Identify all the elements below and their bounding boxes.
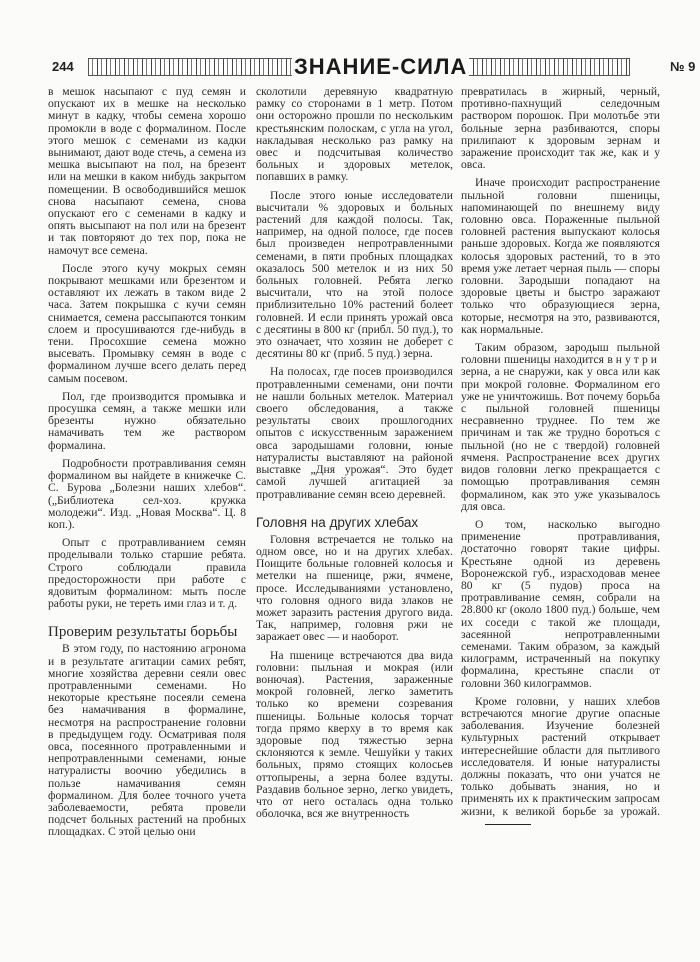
emphasized-text: внутри bbox=[607, 353, 660, 366]
text-run: Кроме головни, у наших хлебов встречаютс… bbox=[461, 695, 660, 818]
paragraph: Пол, где производится промывка и просушк… bbox=[48, 391, 246, 452]
decorative-train-illustration bbox=[88, 58, 300, 76]
issue-number: № 9 bbox=[670, 59, 695, 74]
paragraph: в мешок насыпают с пуд семян и опускают … bbox=[48, 86, 246, 257]
paragraph: На пшенице встречаются два вида головни:… bbox=[256, 650, 453, 821]
paragraph: Иначе происходит распространение пыльной… bbox=[461, 177, 660, 336]
paragraph: Подробности протравливания семян формали… bbox=[48, 458, 246, 531]
text-column-1: в мешок насыпают с пуд семян и опускают … bbox=[48, 86, 246, 845]
magazine-title: ЗНАНИЕ-СИЛА bbox=[292, 54, 469, 80]
paragraph: В этом году, по настоянию агронома и в р… bbox=[48, 643, 246, 838]
section-heading: Проверим результаты борьбы bbox=[48, 624, 246, 640]
paragraph: После этого юные исследователи высчитали… bbox=[256, 190, 453, 361]
paragraph: На полосах, где посев производился протр… bbox=[256, 366, 453, 500]
text-run: зерна, а не снаружи, как у овса или как … bbox=[461, 365, 660, 512]
end-of-article-rule bbox=[485, 824, 531, 825]
paragraph: Головня встречается не только на одном о… bbox=[256, 534, 453, 644]
page-number: 244 bbox=[52, 59, 74, 74]
page-header: 244 ЗНАНИЕ-СИЛА № 9 bbox=[40, 54, 670, 80]
paragraph: превратилась в жирный, черный, противно-… bbox=[461, 86, 660, 171]
text-column-3: превратилась в жирный, черный, противно-… bbox=[461, 86, 660, 836]
text-column-2: сколотили деревяную квадратную рамку со … bbox=[256, 86, 453, 826]
paragraph: Таким образом, зародыш пыльной головни п… bbox=[461, 342, 660, 513]
paragraph: После этого кучу мокрых семян покрывают … bbox=[48, 263, 246, 385]
paragraph: Опыт с протравливанием семян проделывали… bbox=[48, 537, 246, 610]
paragraph: Кроме головни, у наших хлебов встречаютс… bbox=[461, 696, 660, 830]
section-heading: Головня на других хлебах bbox=[256, 515, 453, 531]
paragraph: сколотили деревяную квадратную рамку со … bbox=[256, 86, 453, 184]
paragraph: О том, насколько выгодно применение прот… bbox=[461, 519, 660, 690]
